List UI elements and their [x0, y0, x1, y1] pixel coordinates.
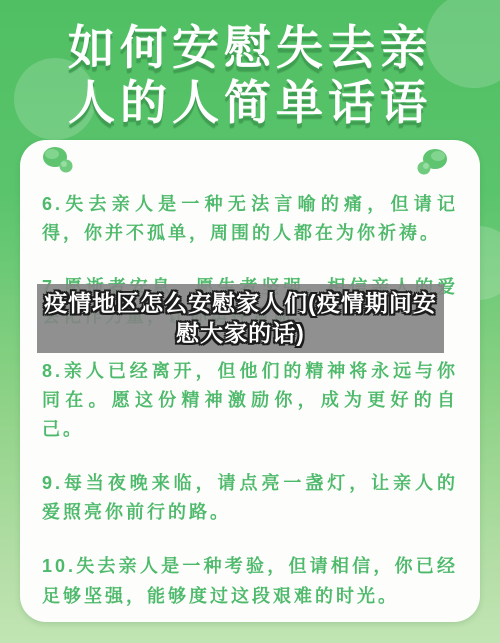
poster-canvas: 如何安慰失去亲 人的人简单话语 6.失去亲人是一种无法言喻的痛，但请记得，你并不…	[0, 0, 500, 643]
clover-blob-icon	[42, 146, 76, 176]
title-line-2: 人的人简单话语	[0, 75, 500, 130]
comfort-item-10: 10.失去亲人是一种考验，但请相信，你已经足够坚强，能够度过这段艰难的时光。	[42, 552, 458, 610]
comfort-phrase-list: 6.失去亲人是一种无法言喻的痛，但请记得，你并不孤单，周围的人都在为你祈祷。 7…	[42, 190, 458, 636]
comfort-item-8: 8.亲人已经离开，但他们的精神将永远与你同在。愿这份精神激励你，成为更好的自己。	[42, 357, 458, 444]
clover-blob-icon	[414, 148, 448, 178]
comfort-item-6: 6.失去亲人是一种无法言喻的痛，但请记得，你并不孤单，周围的人都在为你祈祷。	[42, 190, 458, 248]
content-card: 6.失去亲人是一种无法言喻的痛，但请记得，你并不孤单，周围的人都在为你祈祷。 7…	[20, 140, 480, 622]
page-title: 如何安慰失去亲 人的人简单话语	[0, 20, 500, 131]
seo-caption-overlay: 疫情地区怎么安慰家人们(疫情期间安 慰大家的话)	[37, 284, 444, 353]
overlay-caption-line-2: 慰大家的话)	[176, 319, 305, 348]
title-line-1: 如何安慰失去亲	[0, 20, 500, 75]
comfort-item-9: 9.每当夜晚来临，请点亮一盏灯，让亲人的爱照亮你前行的路。	[42, 469, 458, 527]
overlay-caption-line-1: 疫情地区怎么安慰家人们(疫情期间安	[44, 289, 437, 318]
